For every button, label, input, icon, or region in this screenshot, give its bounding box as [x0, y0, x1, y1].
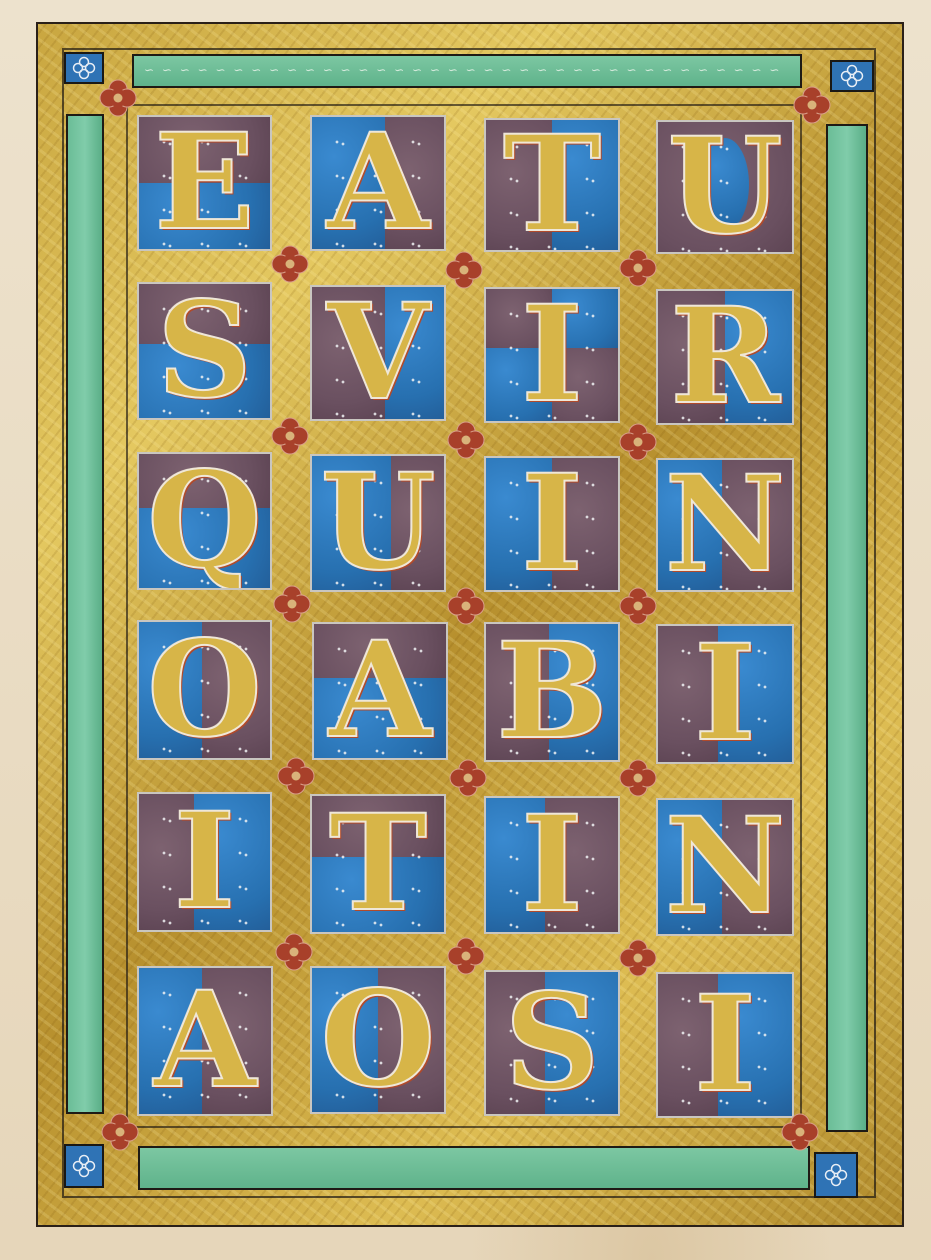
letter-cell: V [310, 285, 446, 421]
letter: T [486, 120, 618, 250]
letter-cell: A [310, 115, 446, 251]
letter-cell: A [312, 622, 448, 760]
letter: Q [139, 454, 270, 588]
letter: T [312, 796, 444, 932]
letter: O [139, 622, 270, 758]
letter: A [139, 968, 271, 1114]
letter-cell: R [656, 289, 794, 425]
letter: U [658, 122, 792, 252]
quatrefoil-corner-icon [814, 1152, 858, 1198]
letter-cell: I [656, 624, 794, 764]
letter-cell: U [656, 120, 794, 254]
letter: A [314, 624, 446, 758]
letter: R [658, 291, 792, 423]
letter: V [312, 287, 444, 419]
letter: I [658, 974, 792, 1116]
letter: A [312, 117, 444, 249]
letter: I [486, 458, 618, 590]
letter: I [486, 798, 618, 932]
letter-cell: I [484, 456, 620, 592]
letter-cell: I [484, 796, 620, 934]
letter: N [658, 460, 792, 590]
quatrefoil-corner-icon [830, 60, 874, 92]
wave-pattern: ∽ ∽ ∽ ∽ ∽ ∽ ∽ ∽ ∽ ∽ ∽ ∽ ∽ ∽ ∽ ∽ ∽ ∽ ∽ ∽ … [144, 63, 794, 77]
letter: U [312, 456, 444, 590]
letter-cell: O [137, 620, 272, 760]
letter: I [486, 289, 618, 421]
letter-cell: I [484, 287, 620, 423]
letter: S [486, 972, 618, 1114]
letter: S [139, 284, 270, 418]
letter: E [139, 117, 270, 249]
letter-cell: U [310, 454, 446, 592]
bottom-green-bar [138, 1146, 810, 1190]
letter-cell: Q [137, 452, 272, 590]
left-green-bar [66, 114, 104, 1114]
quatrefoil-corner-icon [64, 1144, 104, 1188]
letter: I [658, 626, 792, 762]
letter-cell: I [656, 972, 794, 1118]
letter-cell: B [484, 622, 620, 762]
letter-cell: T [484, 118, 620, 252]
letter-cell: A [137, 966, 273, 1116]
letter: N [658, 800, 792, 934]
letter: B [486, 624, 618, 760]
right-green-bar [826, 124, 868, 1132]
letter-cell: N [656, 458, 794, 592]
quatrefoil-corner-icon [64, 52, 104, 84]
letter-cell: O [310, 966, 446, 1114]
top-green-bar: ∽ ∽ ∽ ∽ ∽ ∽ ∽ ∽ ∽ ∽ ∽ ∽ ∽ ∽ ∽ ∽ ∽ ∽ ∽ ∽ … [132, 54, 802, 88]
letter: O [312, 968, 444, 1112]
letter-cell: T [310, 794, 446, 934]
letter-cell: S [137, 282, 272, 420]
letter-cell: N [656, 798, 794, 936]
letter: I [139, 794, 270, 930]
letter-cell: S [484, 970, 620, 1116]
letter-cell: I [137, 792, 272, 932]
letter-cell: E [137, 115, 272, 251]
